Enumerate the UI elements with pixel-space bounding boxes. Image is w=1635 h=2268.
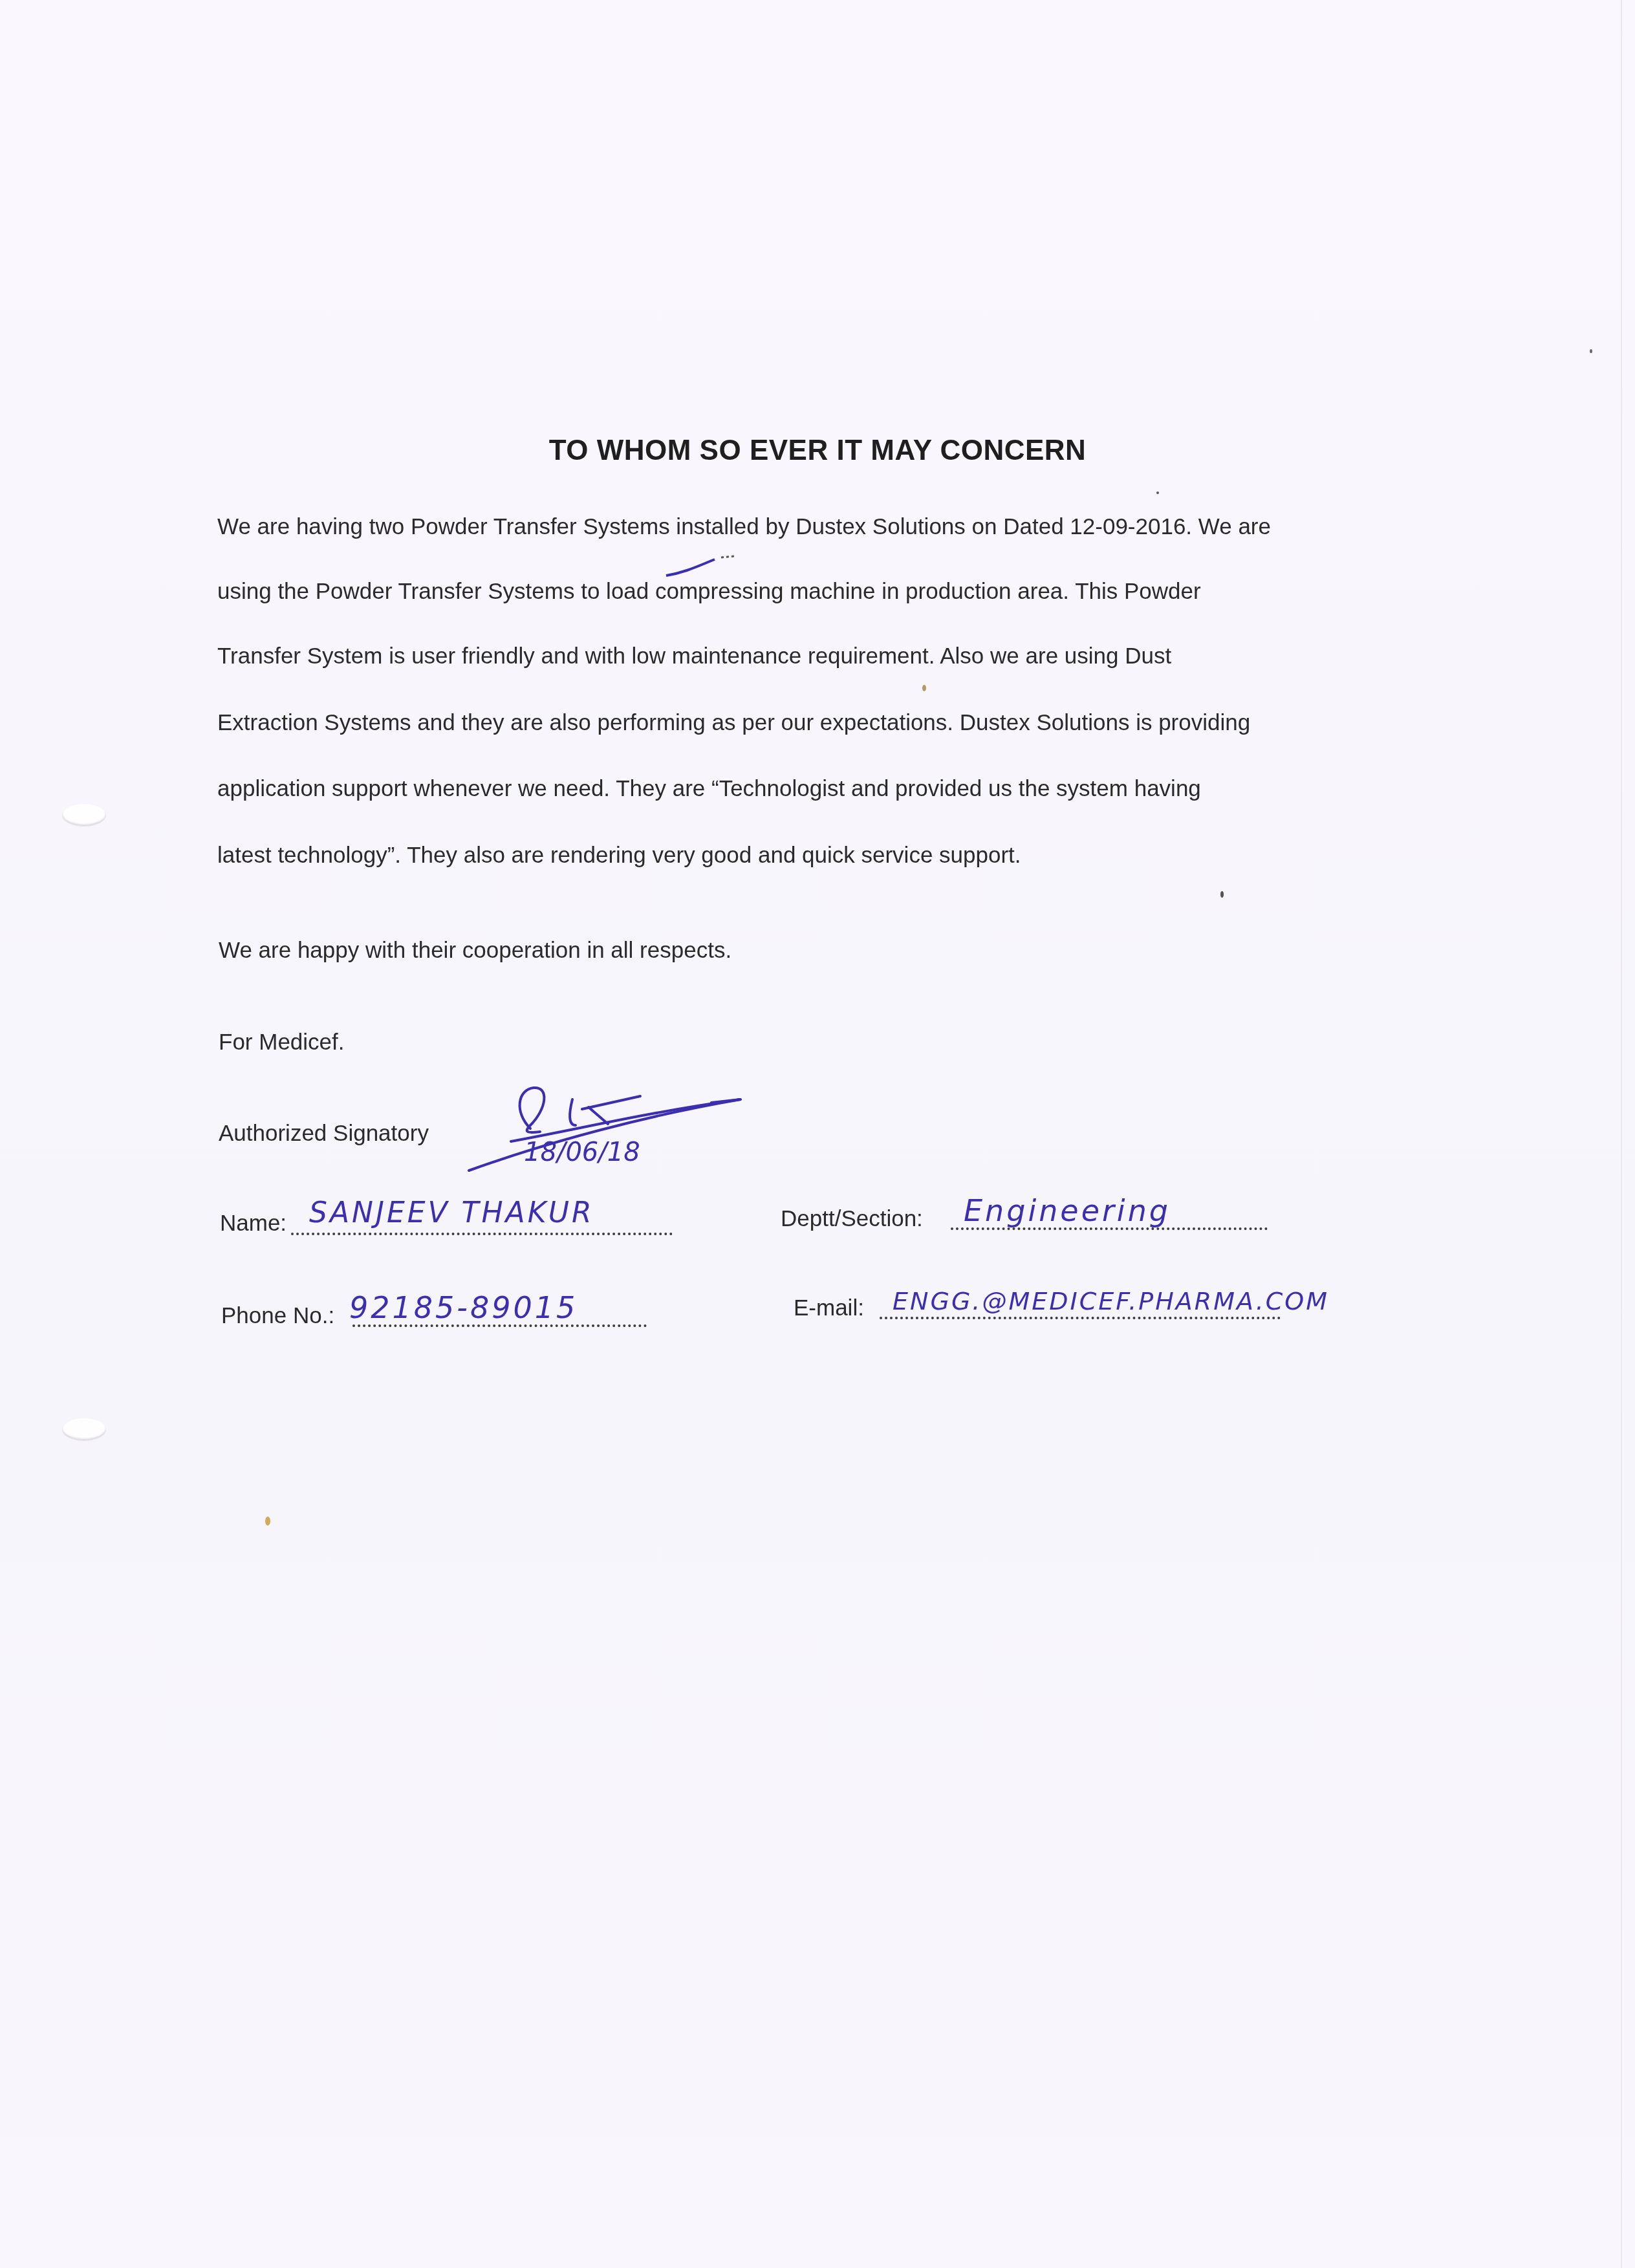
paper-speck — [1590, 349, 1592, 353]
authorized-signatory-label: Authorized Signatory — [219, 1121, 429, 1147]
closing-statement: We are happy with their cooperation in a… — [219, 938, 731, 964]
signature: 18/06/18 — [453, 1074, 763, 1177]
email-dotted-line — [880, 1317, 1281, 1319]
signature-date: 18/06/18 — [524, 1138, 640, 1167]
scanned-page: TO WHOM SO EVER IT MAY CONCERN We are ha… — [0, 0, 1635, 2268]
body-line: application support whenever we need. Th… — [217, 776, 1201, 802]
paper-speck — [1220, 891, 1224, 898]
section-value: Engineering — [964, 1193, 1171, 1228]
name-dotted-line — [291, 1233, 673, 1235]
body-line: Extraction Systems and they are also per… — [217, 710, 1250, 736]
paper-speck — [922, 685, 926, 691]
body-line: Transfer System is user friendly and wit… — [217, 643, 1171, 669]
ink-check-mark — [660, 550, 763, 582]
name-label: Name: — [220, 1211, 287, 1237]
body-line: using the Powder Transfer Systems to loa… — [217, 579, 1201, 605]
document-title: TO WHOM SO EVER IT MAY CONCERN — [0, 435, 1635, 467]
email-label: E-mail: — [794, 1295, 864, 1321]
phone-value: 92185-89015 — [349, 1290, 578, 1325]
paper-speck — [1156, 491, 1159, 494]
section-label: Deptt/Section: — [781, 1206, 923, 1232]
paper-speck — [265, 1517, 270, 1526]
page-edge — [1621, 0, 1622, 2268]
punch-hole-top — [62, 804, 106, 826]
phone-label: Phone No.: — [221, 1303, 334, 1329]
email-value: ENGG.@MEDICEF.PHARMA.COM — [893, 1287, 1329, 1315]
punch-hole-bottom — [62, 1418, 106, 1440]
name-value: SANJEEV THAKUR — [309, 1196, 594, 1229]
body-line: latest technology”. They also are render… — [217, 843, 1021, 869]
for-company: For Medicef. — [219, 1030, 345, 1055]
body-line: We are having two Powder Transfer System… — [217, 514, 1271, 540]
